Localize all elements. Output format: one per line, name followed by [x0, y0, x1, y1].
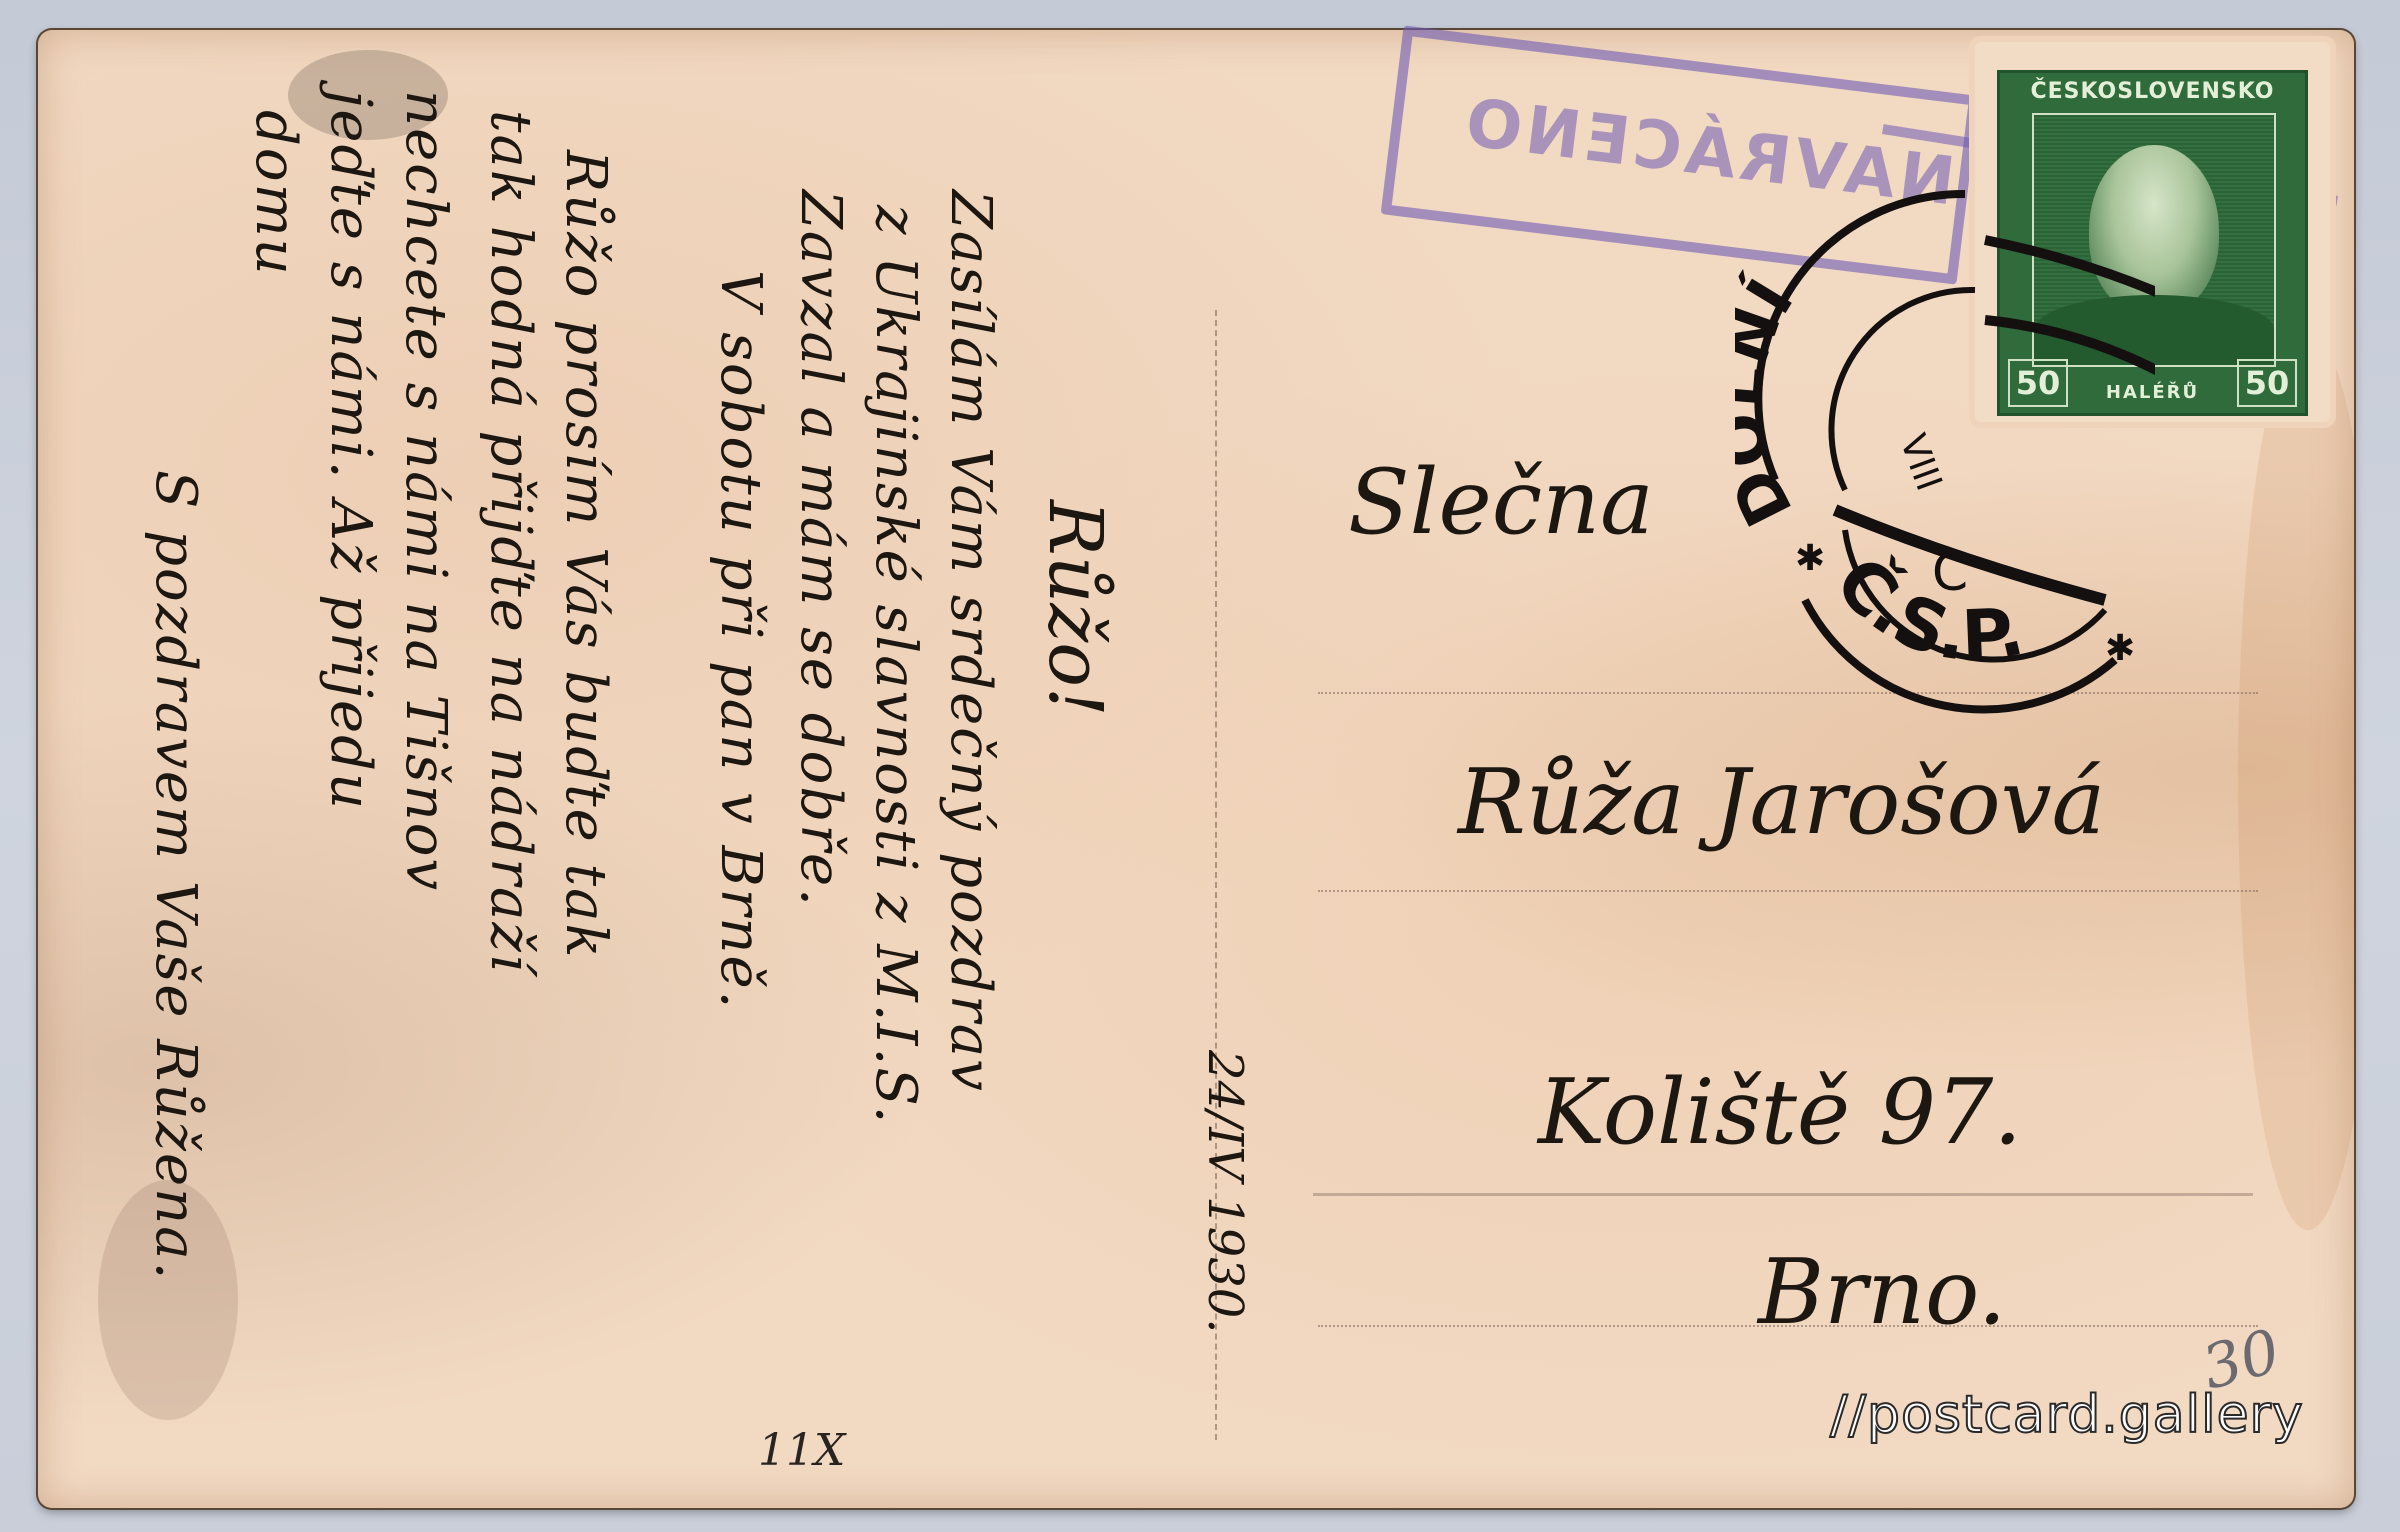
address-line-3	[1313, 1193, 2253, 1196]
address-name: Růža Jarošová	[1458, 750, 2105, 855]
message-closing: S pozdravem Vaše Růžena.	[143, 470, 208, 1281]
message-date: 24/IV 1930.	[1197, 1050, 1253, 1334]
message-line: z Ukrajinské slavnosti z M.I.S.	[863, 205, 928, 1125]
postmark-town: DOLNÍ	[1735, 267, 1809, 537]
svg-text:VIII: VIII	[1892, 429, 1950, 496]
message-line: jeďte s námi. Až přijedu	[318, 90, 383, 811]
message-line: Zasílám Vám srdečný pozdrav	[938, 190, 1003, 1093]
postmark: DOLNÍ Č.S.P. C VIII ✱ ✱	[1735, 180, 2155, 720]
watermark: //postcard.gallery	[1830, 1385, 2304, 1445]
message-greeting: Růžo!	[1032, 500, 1118, 717]
message-line: Růžo prosím Vás buďte tak	[553, 150, 618, 959]
message-line: Zavzal a mám se dobře.	[788, 190, 853, 908]
address-line-2	[1318, 890, 2258, 892]
message-line: domu	[243, 110, 308, 277]
svg-text:C: C	[1932, 543, 1968, 603]
stock-mark: 11X	[758, 1425, 845, 1476]
svg-text:✱: ✱	[1795, 538, 1825, 579]
message-line: nechcete s námi na Tišnov	[393, 90, 458, 892]
address-salutation: Slečna	[1348, 450, 1654, 555]
address-street: Koliště 97.	[1538, 1060, 2022, 1165]
stain	[2238, 330, 2354, 1230]
stamp-country: ČESKOSLOVENSKO	[2000, 79, 2305, 104]
message-line: tak hodná přijďte na nádraží	[478, 110, 543, 974]
message-line: V sobotu při pan v Brně.	[708, 270, 773, 1010]
address-city: Brno.	[1758, 1240, 2006, 1345]
stamp-value-right: 50	[2237, 359, 2297, 407]
svg-text:✱: ✱	[2105, 628, 2135, 669]
